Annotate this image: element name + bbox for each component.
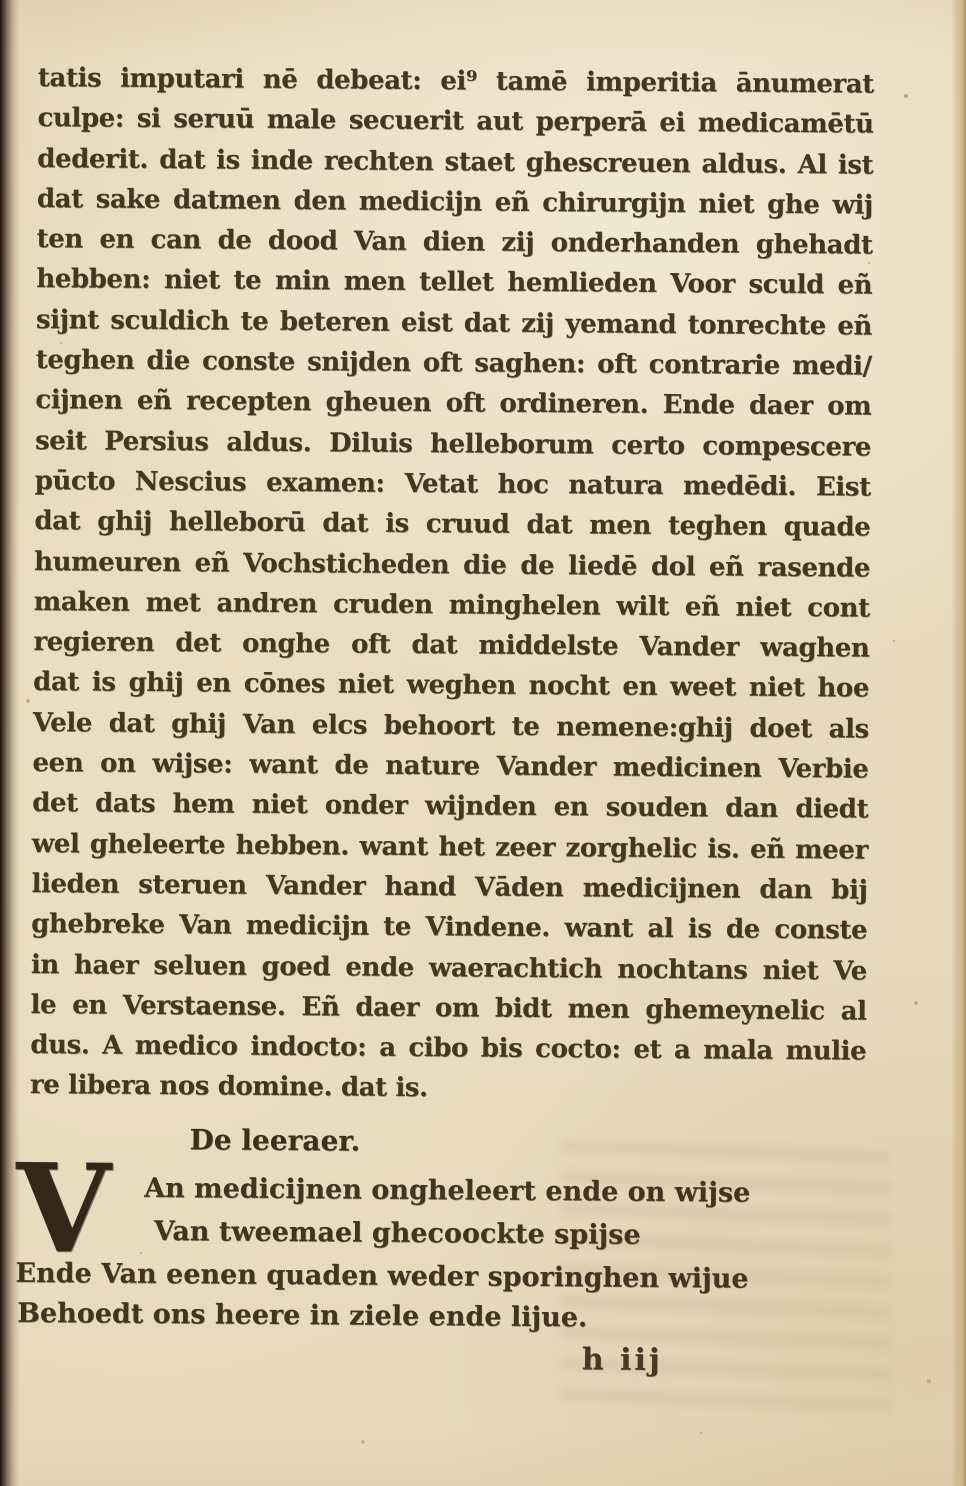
text-line: dus. A medico indocto: a cibo bis cocto:… [30,1025,866,1072]
text-line: hebben: niet te min men tellet hemlieden… [36,259,872,306]
page-edge [951,0,966,1486]
book-page: tatis imputari nē debeat: ei⁹ tamē imper… [0,0,966,1486]
binding-gutter-shadow [0,0,20,1486]
drop-cap-initial: V [16,1162,111,1255]
text-line: maken met andren cruden minghelen wilt e… [34,582,870,629]
text-line: humeuren eñ Vochsticheden die de liedē d… [34,542,870,589]
text-line: dat is ghij en cōnes niet weghen nocht e… [33,662,869,709]
verse-stanza: V An medicijnen ongheleert ende on wijse… [15,1158,857,1365]
text-line: ten en can de dood Van dien zij onderhan… [36,219,872,266]
text-line: een on wijse: want de nature Vander medi… [32,743,868,790]
text-line: ghebreke Van medicijn te Vindene. want a… [31,904,867,951]
page-content: tatis imputari nē debeat: ei⁹ tamē imper… [0,0,966,1486]
text-line: culpe: si seruū male secuerit aut perper… [37,98,873,145]
text-line: wel gheleerte hebben. want het zeer zorg… [32,824,868,871]
text-line: pūcto Nescius examen: Vetat hoc natura m… [35,461,871,508]
text-line: cijnen eñ recepten gheuen oft ordineren.… [35,380,871,427]
main-text-block: tatis imputari nē debeat: ei⁹ tamē imper… [30,58,874,1112]
text-line: re libera nos domine. dat is. [30,1065,866,1112]
signature-mark: h iij [582,1342,663,1378]
text-line: teghen die conste snijden oft saghen: of… [35,340,871,387]
text-line: regieren det onghe oft dat middelste Van… [33,622,869,669]
text-line: seit Persius aldus. Diluis helleborum ce… [35,421,871,468]
section-heading: De leeraer. [189,1123,360,1157]
text-line: dederit. dat is inde rechten staet ghesc… [37,139,873,186]
verse-line: An medicijnen ongheleert ende on wijse [144,1173,750,1209]
text-line: tatis imputari nē debeat: ei⁹ tamē imper… [38,58,874,105]
text-line: dat ghij helleborū dat is cruud dat men … [34,501,870,548]
verse-line: Van tweemael ghecoockte spijse [154,1216,641,1251]
verse-line: Ende Van eenen quaden weder sporinghen w… [15,1258,748,1295]
text-line: in haer seluen goed ende waerachtich noc… [31,944,867,991]
verse-line: Behoedt ons heere in ziele ende lijue. [17,1298,587,1333]
text-line: lieden steruen Vander hand Vāden medicij… [31,864,867,911]
text-line: Vele dat ghij Van elcs behoort te nemene… [33,703,869,750]
text-line: sijnt sculdich te beteren eist dat zij y… [36,300,872,347]
text-line: det dats hem niet onder wijnden en soude… [32,783,868,830]
text-line: le en Verstaense. Eñ daer om bidt men gh… [30,985,866,1032]
text-line: dat sake datmen den medicijn eñ chirurgi… [37,179,873,226]
